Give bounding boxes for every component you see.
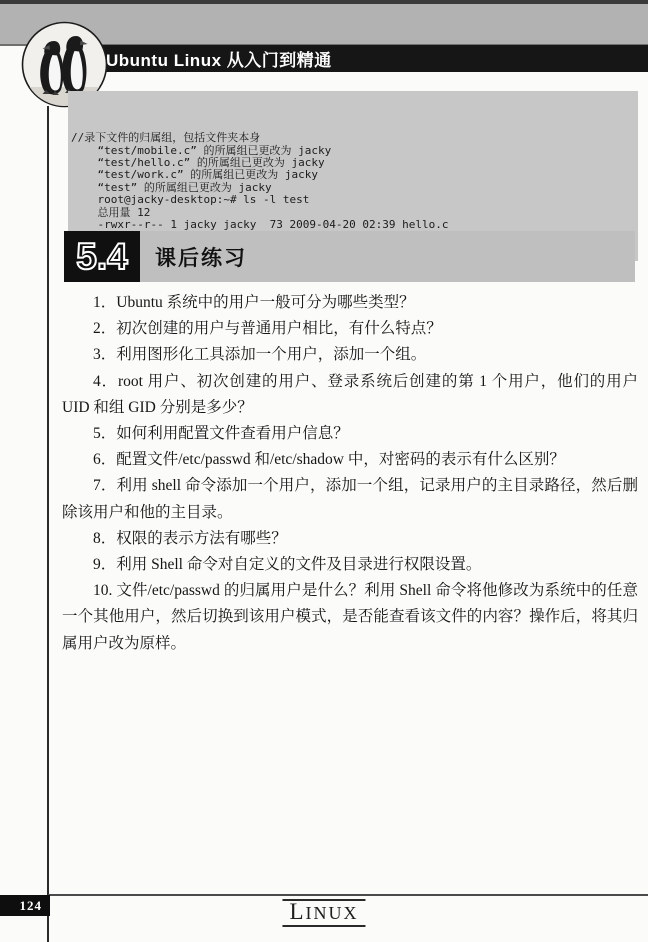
section-title: 课后练习 xyxy=(155,242,247,272)
linux-brand-logo: LINUX xyxy=(282,899,365,927)
exercise-question: 2．初次创建的用户与普通用户相比，有什么特点？ xyxy=(62,316,638,342)
section-number: 5.4 xyxy=(76,236,127,278)
left-margin-rule xyxy=(47,106,49,942)
exercise-question-list: 1．Ubuntu 系统中的用户一般可分为哪些类型？2．初次创建的用户与普通用户相… xyxy=(62,290,638,657)
code-line: “test/work.c” 的所属组已更改为 jacky xyxy=(71,169,634,181)
page-number-box: 124 xyxy=(0,895,50,916)
exercise-question: 5．如何利用配置文件查看用户信息？ xyxy=(62,421,638,447)
book-title: Ubuntu Linux 从入门到精通 xyxy=(106,46,332,71)
chapter-header-bar: Ubuntu Linux 从入门到精通 xyxy=(86,45,648,72)
exercise-question: 8．权限的表示方法有哪些？ xyxy=(62,526,638,552)
exercise-question: 10. 文件/etc/passwd 的归属用户是什么？利用 Shell 命令将他… xyxy=(62,578,638,657)
section-number-box: 5.4 xyxy=(64,231,140,282)
footer-rule xyxy=(48,894,648,896)
exercise-question: 6．配置文件/etc/passwd 和/etc/shadow 中，对密码的表示有… xyxy=(62,447,638,473)
section-header: 5.4 课后练习 xyxy=(64,231,635,282)
page-number: 124 xyxy=(20,898,43,914)
exercise-question: 7．利用 shell 命令添加一个用户，添加一个组，记录用户的主目录路径，然后删… xyxy=(62,473,638,525)
linux-brand-text: LINUX xyxy=(289,901,358,924)
exercise-question: 1．Ubuntu 系统中的用户一般可分为哪些类型？ xyxy=(62,290,638,316)
section-title-bar: 课后练习 xyxy=(140,231,635,282)
exercise-question: 9．利用 Shell 命令对自定义的文件及目录进行权限设置。 xyxy=(62,552,638,578)
code-line: root@jacky-desktop:~# ls -l test xyxy=(71,194,634,206)
exercise-question: 4．root 用户、初次创建的用户、登录系统后创建的第 1 个用户，他们的用户 … xyxy=(62,369,638,421)
code-line: //录下文件的归属组，包括文件夹本身 xyxy=(71,132,634,144)
book-page: Ubuntu Linux 从入门到精通 //录下文件的归属组，包括文件夹本身 xyxy=(0,0,648,942)
exercise-question: 3．利用图形化工具添加一个用户，添加一个组。 xyxy=(62,342,638,368)
